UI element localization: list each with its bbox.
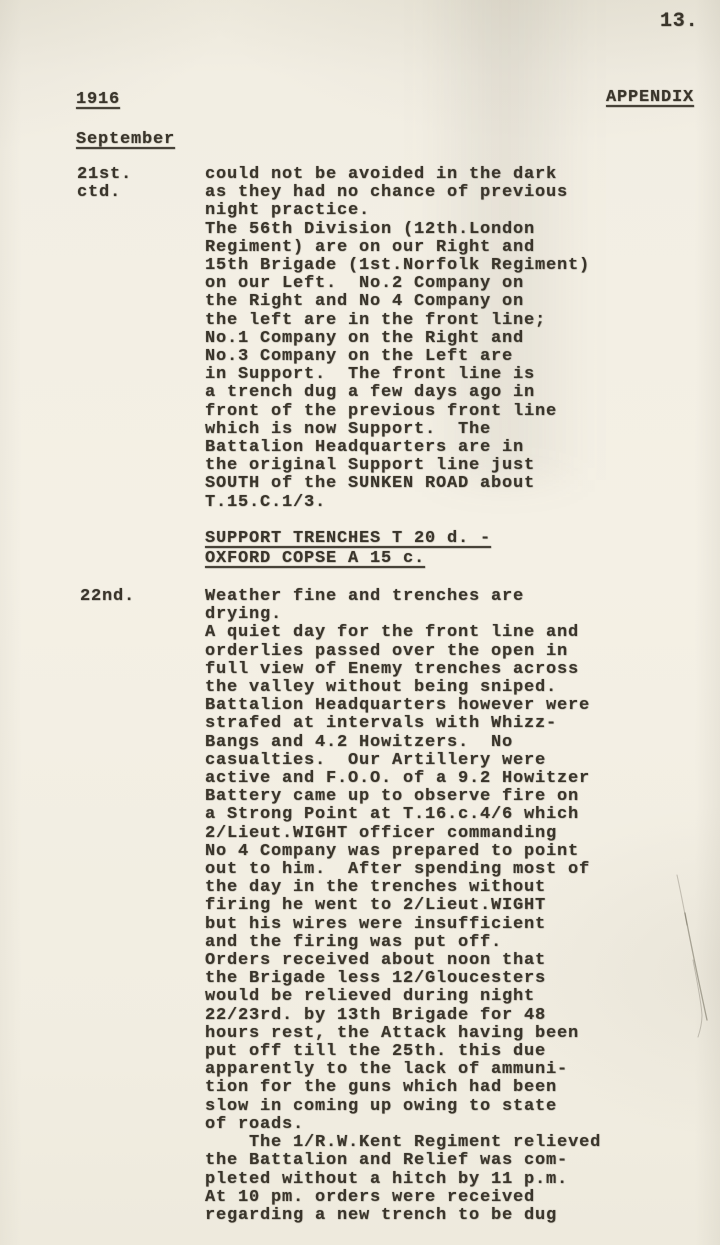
entry-body-22nd: Weather fine and trenches are drying. A … bbox=[205, 588, 675, 1225]
entry-date-21st-ctd: 21st. ctd. bbox=[77, 166, 132, 202]
year-heading: 1916 bbox=[76, 91, 120, 109]
page-number: 13. bbox=[660, 13, 698, 31]
month-heading: September bbox=[76, 131, 175, 149]
entry-date-22nd: 22nd. bbox=[80, 588, 135, 606]
section-heading-support-trenches: SUPPORT TRENCHES T 20 d. - OXFORD COPSE … bbox=[205, 529, 491, 568]
entry-body-21st: could not be avoided in the dark as they… bbox=[205, 166, 675, 512]
appendix-label: APPENDIX bbox=[606, 89, 694, 107]
war-diary-page: 13. 1916 APPENDIX September 21st. ctd. c… bbox=[0, 0, 720, 1245]
